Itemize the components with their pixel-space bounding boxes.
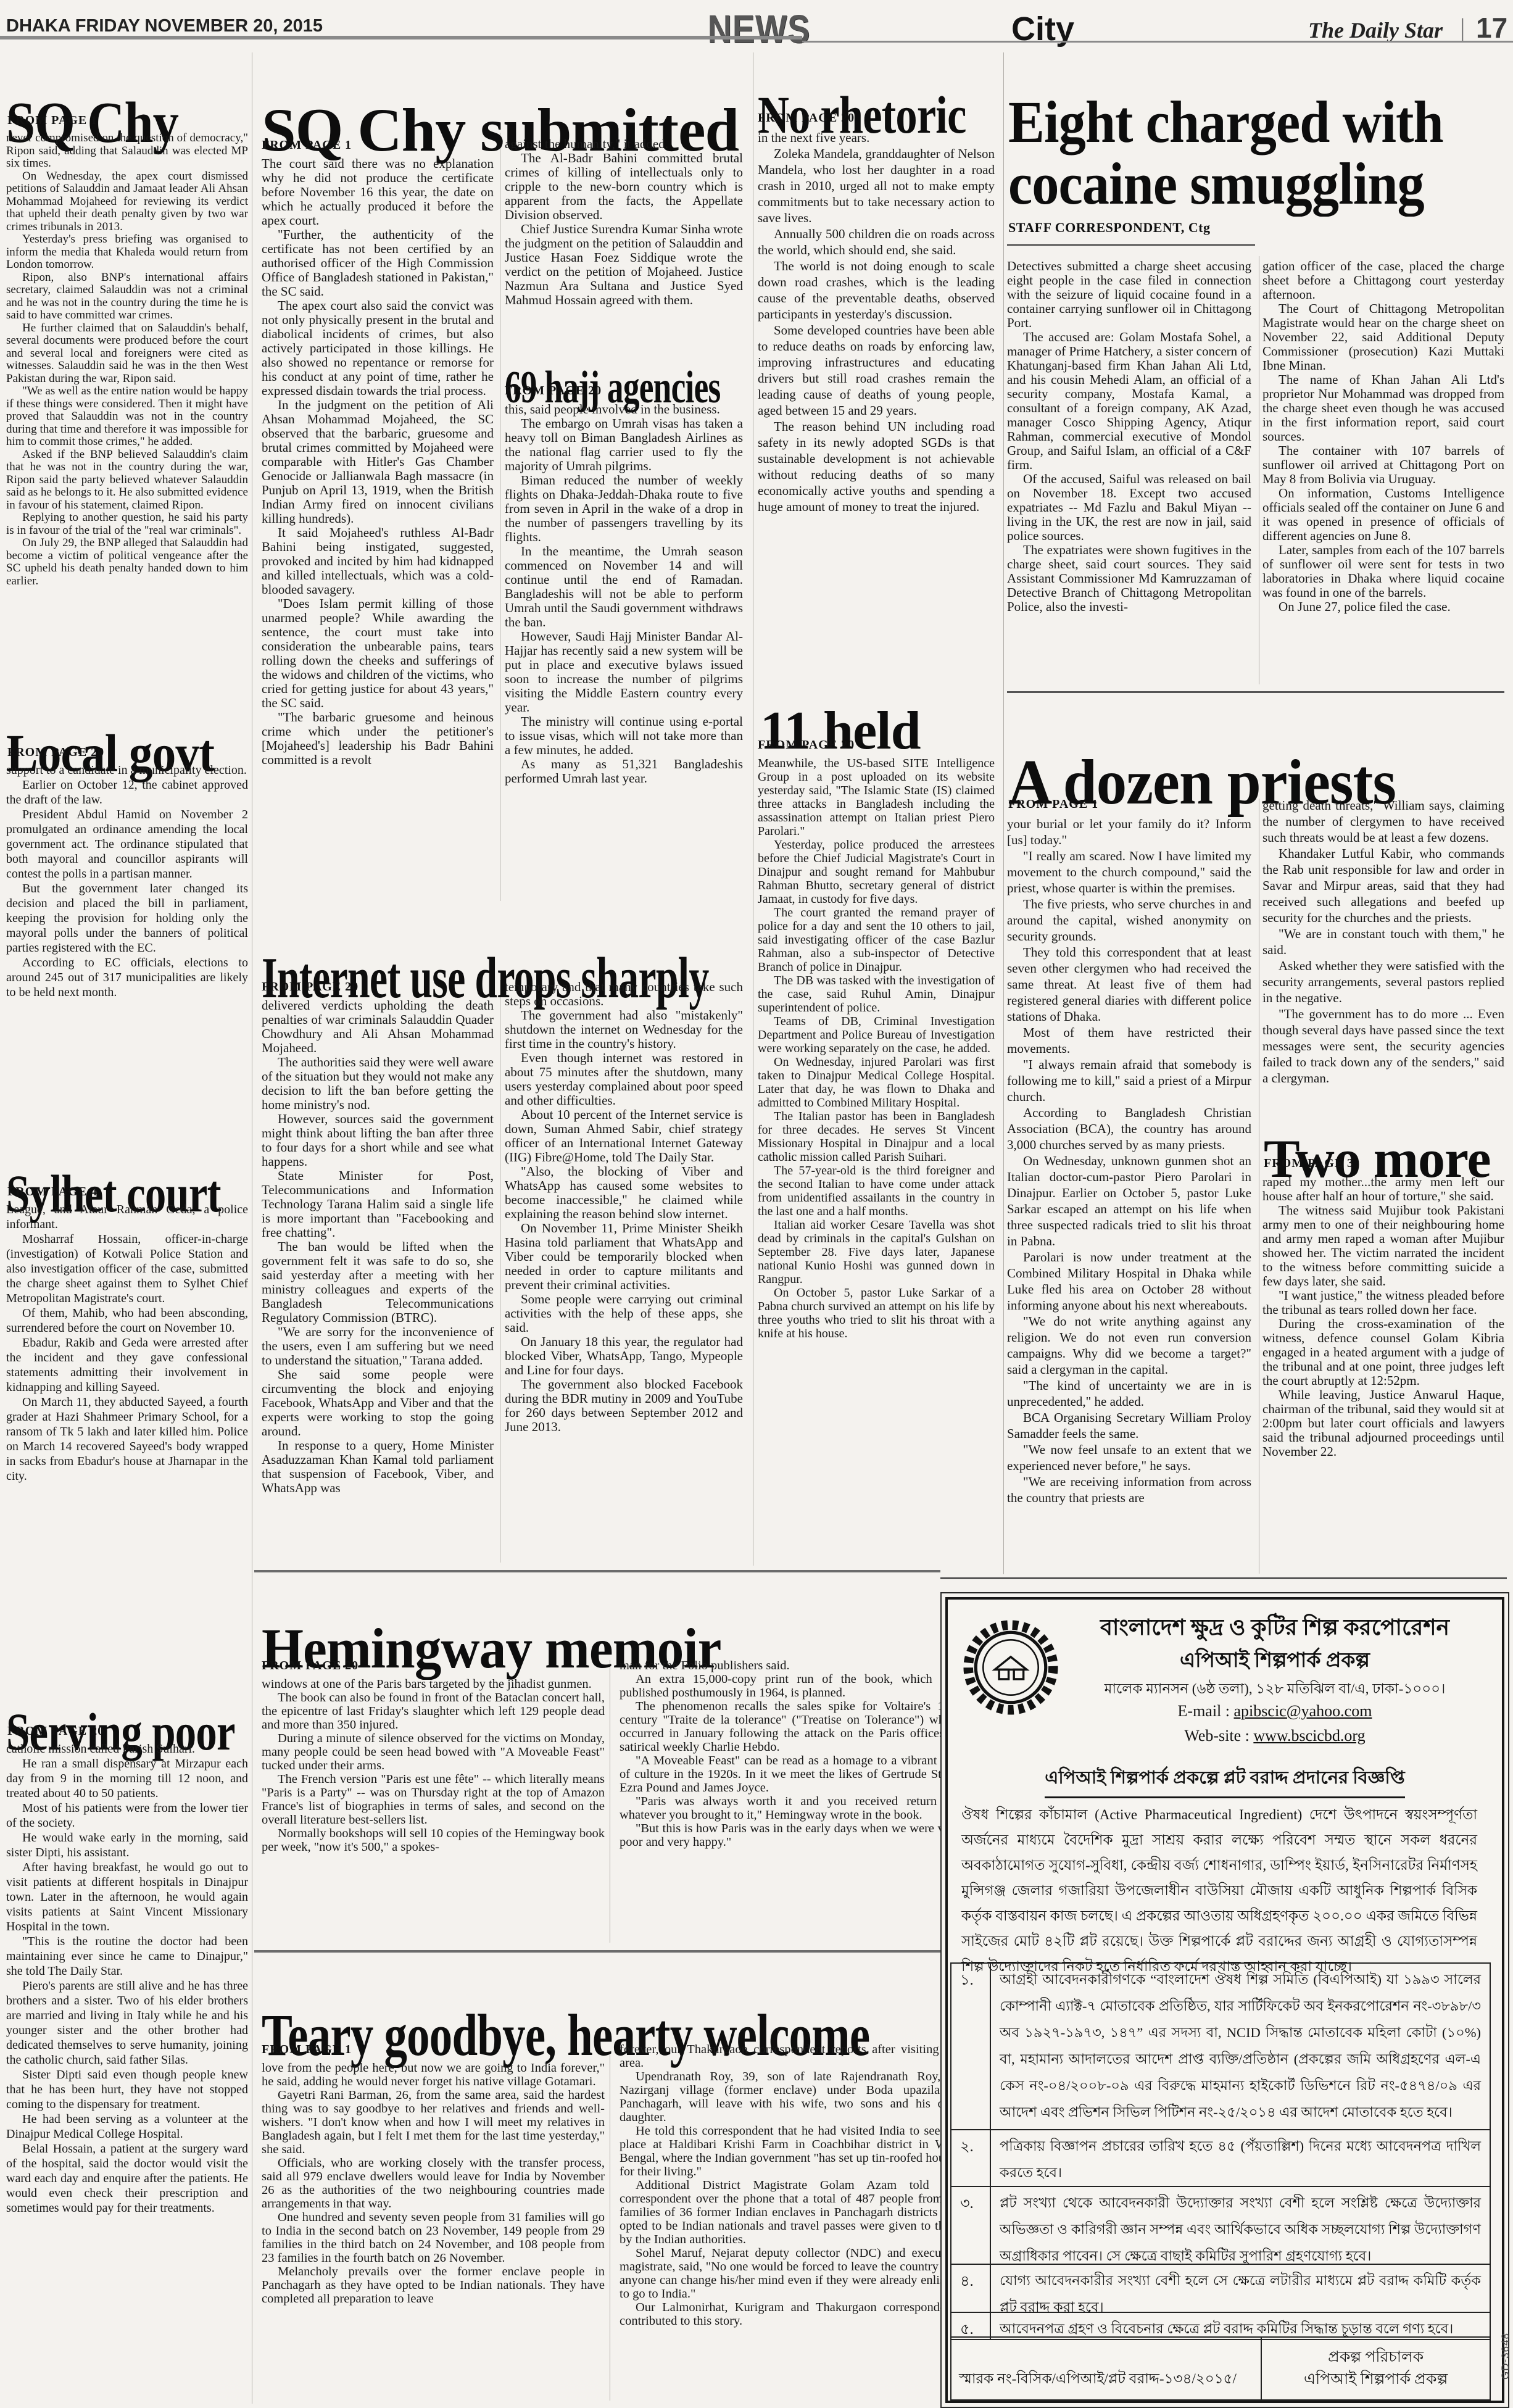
section-rule (254, 1950, 940, 1953)
article-body-no-rhetoric: in the next five years.Zoleka Mandela, g… (758, 130, 995, 660)
byline-rule (1007, 244, 1255, 246)
headline-eight-charged: Eight charged withcocaine smuggling (1008, 91, 1443, 215)
newspaper-page: DHAKA FRIDAY NOVEMBER 20, 2015 NEWS City… (0, 0, 1513, 2408)
from-page-label: FROM PAGE 1 (262, 138, 352, 152)
column-rule (500, 980, 500, 1563)
byline: STAFF CORRESPONDENT, Ctg (1008, 220, 1211, 236)
column-rule (1259, 256, 1259, 684)
table-row: ৪. যোগ্য আবেদনকারীর সংখ্যা বেশী হলে সে ক… (951, 2265, 1490, 2313)
signature-title: প্রকল্প পরিচালক (1262, 2346, 1490, 2369)
email-link[interactable]: apibscic@yahoo.com (1234, 1702, 1372, 1720)
ad-website-line: Web-site : www.bscicbd.org (1065, 1727, 1485, 1745)
header-rule-left (0, 36, 802, 39)
row-number: ১. (951, 1964, 991, 2129)
table-row: ৩. প্লট সংখ্যা থেকে আবেদনকারী উদ্যোক্তার… (951, 2187, 1490, 2265)
column-rule (1259, 799, 1259, 1574)
page-number: 17 (1476, 11, 1507, 44)
website-label: Web-site : (1184, 1727, 1253, 1745)
article-body-serving-poor: catholic mission called Parish Suihari.H… (6, 1742, 248, 2401)
table-row: ২. পত্রিকায় বিজ্ঞাপন প্রচারের তারিখ হতে… (951, 2130, 1490, 2187)
article-body-two-more: raped my mother...the army men left our … (1262, 1175, 1504, 1574)
article-body-eight-charged-left: Detectives submitted a charge sheet accu… (1007, 259, 1251, 684)
dateline: DHAKA FRIDAY NOVEMBER 20, 2015 (6, 16, 323, 36)
section-rule (254, 1570, 940, 1572)
masthead-divider: | (1460, 14, 1465, 43)
from-page-label: FROM PAGE 4 (7, 1185, 97, 1199)
article-body-internet-right: temporary and that many countries take s… (505, 980, 743, 1563)
bscic-gear-logo-icon (958, 1614, 1064, 1721)
article-body-internet-left: delivered verdicts upholding the death p… (262, 998, 494, 1563)
ad-memo-number: স্মারক নং-বিসিক/এপিআই/প্লট বরাদ্দ-১৩৪/২০… (951, 2338, 1261, 2399)
from-page-label: FROM PAGE 20 (262, 1659, 359, 1673)
row-text: আগ্রহী আবেদনকারীগণকে “বাংলাদেশ ঔষধ শিল্প… (991, 1964, 1490, 2129)
ad-footer-row: স্মারক নং-বিসিক/এপিআই/প্লট বরাদ্দ-১৩৪/২০… (950, 2336, 1491, 2401)
article-body-dozen-priests-right: getting death threats," William says, cl… (1262, 797, 1504, 1092)
ad-address: মালেক ম্যানসন (৬ষ্ঠ তলা), ১২৮ মতিঝিল বা/… (1065, 1677, 1485, 1701)
signature-org: এপিআই শিল্পপার্ক প্রকল্প (1262, 2369, 1490, 2391)
from-page-label: FROM PAGE 20 (7, 745, 104, 760)
ad-project-name: এপিআই শিল্পপার্ক প্রকল্প (1065, 1644, 1485, 1679)
ad-email-line: E-mail : apibscic@yahoo.com (1065, 1702, 1485, 1721)
row-text: যোগ্য আবেদনকারীর সংখ্যা বেশী হলে সে ক্ষে… (991, 2265, 1490, 2312)
article-body-sq-chy: never compromised on the question of dem… (6, 132, 248, 686)
from-page-label: FROM PAGE 1 (7, 114, 97, 128)
headline-line-2: cocaine smuggling (1008, 151, 1424, 217)
article-body-11-held: Meanwhile, the US-based SITE Intelligenc… (758, 757, 995, 1559)
section-rule (1007, 691, 1504, 693)
article-body-sq-chy-submitted-right: against the humanity," it added.The Al-B… (505, 137, 743, 336)
header-rule-right (802, 41, 1513, 43)
row-text: পত্রিকায় বিজ্ঞাপন প্রচারের তারিখ হতে ৪৫… (991, 2130, 1490, 2186)
article-body-hemingway-left: windows at one of the Paris bars targete… (262, 1677, 605, 1944)
website-link[interactable]: www.bscicbd.org (1253, 1727, 1365, 1745)
article-body-teary-right: forever, our Thakurgaon correspondent re… (620, 2043, 960, 2404)
from-page-label: FROM PAGE 20 (505, 384, 602, 398)
masthead: The Daily Star (1308, 17, 1443, 43)
section-news: NEWS (660, 6, 859, 52)
headline-line-1: Eight charged with (1008, 89, 1443, 155)
column-rule (753, 52, 753, 1566)
ad-gd-code: GD-3648 (1499, 2333, 1512, 2380)
section-rule (940, 1577, 1507, 1579)
article-body-sq-chy-submitted-left: The court said there was no explanation … (262, 157, 494, 897)
article-body-teary-left: love from the people here, but now we ar… (262, 2061, 605, 2404)
from-page-label: FROM PAGE 20 (7, 1724, 104, 1738)
table-row: ৫. আবেদনপত্র গ্রহণ ও বিবেচনার ক্ষেত্রে প… (951, 2313, 1490, 2339)
from-page-label: FROM PAGE 1 (1008, 797, 1098, 812)
email-label: E-mail : (1178, 1702, 1234, 1720)
article-body-hemingway-right: man for the Folio publishers said.An ext… (620, 1659, 960, 1944)
from-page-label: FROM PAGE 1 (262, 2043, 352, 2057)
column-rule (610, 2055, 610, 2401)
row-text: প্লট সংখ্যা থেকে আবেদনকারী উদ্যোক্তার সং… (991, 2187, 1490, 2264)
ad-signature-block: প্রকল্প পরিচালক এপিআই শিল্পপার্ক প্রকল্প (1261, 2338, 1490, 2399)
column-rule (500, 133, 500, 901)
row-text: আবেদনপত্র গ্রহণ ও বিবেচনার ক্ষেত্রে প্লট… (991, 2313, 1490, 2339)
article-body-eight-charged-right: gation officer of the case, placed the c… (1262, 259, 1504, 684)
from-page-label: FROM PAGE 3 (1264, 1156, 1354, 1171)
bscic-advertisement: বাংলাদেশ ক্ষুদ্র ও কুটির শিল্প করপোরেশন … (940, 1592, 1509, 2408)
table-row: ১. আগ্রহী আবেদনকারীগণকে “বাংলাদেশ ঔষধ শি… (951, 1964, 1490, 2130)
ad-notice-title: এপিআই শিল্পপার্ক প্রকল্পে প্লট বরাদ্দ প্… (942, 1764, 1508, 1798)
article-body-dozen-priests-left: your burial or let your family do it? In… (1007, 816, 1251, 1572)
row-number: ৫. (951, 2313, 991, 2339)
ad-conditions-table: ১. আগ্রহী আবেদনকারীগণকে “বাংলাদেশ ঔষধ শি… (950, 1962, 1491, 2340)
row-number: ৩. (951, 2187, 991, 2264)
article-body-hajj: this, said people involved in the busine… (505, 402, 743, 853)
article-body-local-govt: support to a candidate in a municipality… (6, 763, 248, 1128)
article-body-sylhet-court: League, and Ataur Rahman Geda, a police … (6, 1202, 248, 1666)
from-page-label: FROM PAGE 20 (758, 738, 855, 752)
column-rule (252, 52, 252, 2404)
row-number: ২. (951, 2130, 991, 2186)
ad-org-name: বাংলাদেশ ক্ষুদ্র ও কুটির শিল্প করপোরেশন (1065, 1611, 1485, 1648)
ad-intro-paragraph: ঔষধ শিল্পের কাঁচামাল (Active Pharmaceuti… (961, 1802, 1477, 1958)
from-page-label: FROM PAGE 20 (758, 111, 855, 125)
column-rule (1003, 52, 1004, 1574)
from-page-label: FROM PAGE 20 (262, 980, 359, 994)
column-rule (610, 1660, 610, 1943)
row-number: ৪. (951, 2265, 991, 2312)
